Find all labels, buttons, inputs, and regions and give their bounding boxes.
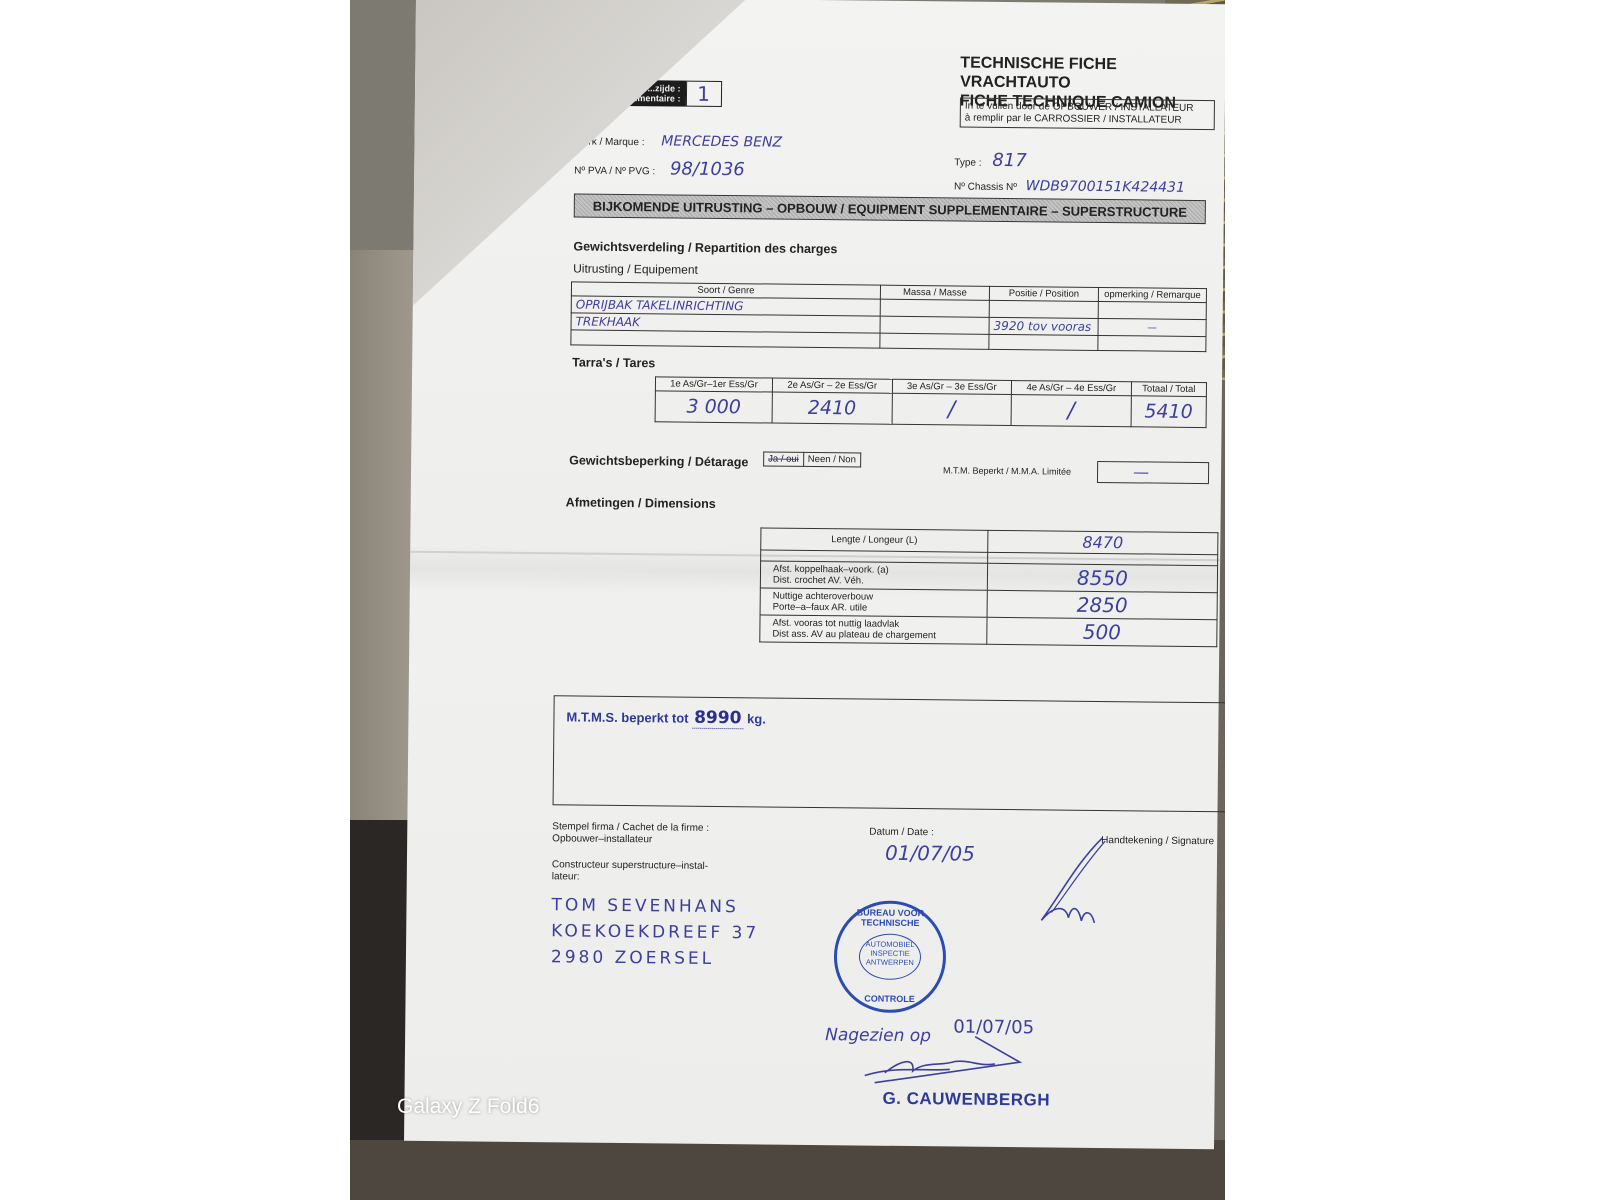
constructor-street: KOEKOEKDREEF 37 [551, 918, 759, 946]
cell-position [989, 300, 1098, 318]
document-photo: ...zijde :...mentaire : 1 TECHNISCHE FIC… [350, 0, 1225, 1200]
stamp-inner-line-3: ANTWERPEN [860, 957, 920, 967]
tare-axle-4: / [1011, 395, 1131, 427]
dim-axle-bed-value: 500 [987, 617, 1217, 646]
col-axle-3: 3e As/Gr – 3e Ess/Gr [892, 379, 1012, 394]
background-floor [350, 1140, 1225, 1200]
inspector-signature [855, 1030, 1086, 1092]
brand-field: ...erk / Marque : MERCEDES BENZ [574, 132, 782, 150]
chassis-field: Nº Chassis Nº WDB9700151K424431 [954, 177, 1185, 195]
mtms-value: 8990 [692, 708, 744, 730]
constructor-city: 2980 ZOERSEL [551, 944, 759, 972]
tares-heading: Tarra's / Tares [572, 355, 655, 370]
inspector-name: G. CAUWENBERGH [882, 1089, 1050, 1111]
cell-masse [880, 316, 989, 334]
official-stamp: BUREAU VOOR TECHNISCHE AUTOMOBIEL INSPEC… [833, 900, 946, 1013]
type-label: Type : [954, 157, 981, 168]
stamp-inner: AUTOMOBIEL INSPECTIE ANTWERPEN [859, 933, 921, 980]
option-yes: Ja / oui [764, 452, 804, 466]
cell-position: 3920 tov vooras [989, 317, 1098, 335]
chassis-label: Nº Chassis Nº [954, 181, 1017, 193]
tares-table: 1e As/Gr–1er Ess/Gr 2e As/Gr – 2e Ess/Gr… [655, 376, 1207, 428]
equipment-subheading: Uitrusting / Equipement [573, 261, 698, 276]
title-nl: TECHNISCHE FICHE VRACHTAUTO [960, 53, 1225, 94]
constructor-address: TOM SEVENHANS KOEKOEKDREEF 37 2980 ZOERS… [551, 892, 760, 972]
mtms-unit: kg. [747, 711, 766, 726]
date-value: 01/07/05 [885, 841, 975, 866]
stamp-outer-top: BUREAU VOOR TECHNISCHE [837, 907, 943, 928]
date-label: Datum / Date : [869, 827, 934, 840]
dim-overhang-label-fr: Porte–a–faux AR. utile [773, 602, 983, 615]
col-axle-1: 1e As/Gr–1er Ess/Gr [655, 377, 772, 392]
chassis-value: WDB9700151K424431 [1026, 178, 1185, 196]
tare-total: 5410 [1131, 396, 1207, 428]
tare-axle-1: 3 000 [655, 391, 772, 423]
type-field: Type : 817 [954, 149, 1027, 171]
col-axle-4: 4e As/Gr – 4e Ess/Gr [1012, 381, 1132, 396]
option-no: Neen / Non [803, 452, 860, 467]
constructor-label: Constructeur superstructure–instal- late… [552, 859, 708, 885]
dim-hook-label-fr: Dist. crochet AV. Véh. [773, 575, 983, 588]
instruction-box: In te vullen door de OPBOUWER / INSTALLA… [960, 97, 1215, 130]
mma-value: — [1133, 462, 1149, 481]
col-position: Positie / Position [989, 286, 1098, 301]
weight-limit-label: Gewichtsbeperking / Détarage [569, 453, 748, 469]
signature-mark [1006, 832, 1127, 933]
brand-value: MERCEDES BENZ [661, 133, 782, 150]
weight-distribution-heading: Gewichtsverdeling / Repartition des char… [573, 239, 837, 256]
col-remarque: opmerking / Remarque [1098, 287, 1206, 302]
dim-length-label: Lengte / Longeur (L) [761, 528, 988, 552]
cell-masse [880, 333, 989, 349]
pva-label: Nº PVA / Nº PVG : [574, 165, 655, 177]
cell-remarque [1098, 335, 1206, 351]
section-banner: BIJKOMENDE UITRUSTING – OPBOUW / EQUIPME… [574, 193, 1206, 224]
dimensions-heading: Afmetingen / Dimensions [566, 495, 716, 511]
table-row: Afst. vooras tot nuttig laadvlakDist ass… [760, 615, 1217, 647]
mma-box: — [1097, 461, 1209, 484]
camera-watermark: Galaxy Z Fold6 [397, 1095, 539, 1119]
constructor-name: TOM SEVENHANS [551, 892, 759, 920]
technical-sheet: ...zijde :...mentaire : 1 TECHNISCHE FIC… [404, 0, 1225, 1149]
cell-remarque: — [1098, 318, 1206, 336]
col-masse: Massa / Masse [880, 285, 989, 300]
cell-position [989, 334, 1098, 350]
stamp-label-role: Opbouwer–installateur [552, 833, 709, 847]
pva-value: 98/1036 [670, 158, 745, 180]
instruction-fr: à remplir par le CARROSSIER / INSTALLATE… [965, 113, 1210, 128]
cell-remarque [1098, 301, 1206, 319]
table-row: 3 000 2410 / / 5410 [655, 391, 1206, 428]
tare-axle-2: 2410 [772, 392, 892, 424]
dim-hook-value: 8550 [987, 563, 1217, 592]
weight-limit-options: Ja / oui Neen / Non [763, 451, 861, 467]
mtms-box: M.T.M.S. beperkt tot 8990 kg. [553, 695, 1225, 812]
cell-masse [880, 299, 989, 317]
col-total: Totaal / Total [1131, 382, 1206, 397]
type-value: 817 [992, 150, 1027, 171]
mtms-prefix: M.T.M.S. beperkt tot [566, 709, 688, 725]
dimensions-table: Lengte / Longeur (L) 8470 Afst. koppelha… [759, 527, 1218, 647]
constructor-label-2: lateur: [552, 871, 708, 885]
pva-field: Nº PVA / Nº PVG : 98/1036 [574, 157, 745, 180]
equipment-table: Soort / Genre Massa / Masse Positie / Po… [570, 281, 1207, 352]
stamp-inner-line-1: AUTOMOBIEL [860, 939, 920, 949]
dim-length-value: 8470 [988, 530, 1218, 554]
mma-label: M.T.M. Beperkt / M.M.A. Limitée [943, 464, 1071, 477]
mtms-statement: M.T.M.S. beperkt tot 8990 kg. [566, 706, 766, 728]
page-number: 1 [685, 81, 721, 107]
cell-genre [571, 330, 880, 348]
dim-overhang-value: 2850 [987, 590, 1217, 619]
col-axle-2: 2e As/Gr – 2e Ess/Gr [772, 378, 892, 393]
company-stamp-label: Stempel firma / Cachet de la firme : Opb… [552, 821, 709, 847]
dim-axle-bed-label-fr: Dist ass. AV au plateau de chargement [772, 629, 982, 642]
tare-axle-3: / [892, 393, 1012, 425]
stamp-outer-bottom: CONTROLE [836, 993, 942, 1004]
